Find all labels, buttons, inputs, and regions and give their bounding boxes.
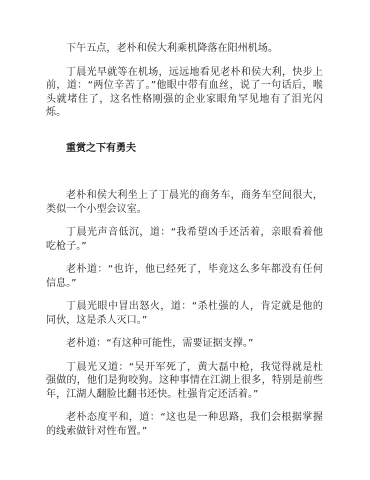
document-page: 下午五点，老朴和侯大利乘机降落在阳州机场。 丁晨光早就等在机场，远远地看见老朴和… [46, 42, 323, 448]
paragraph: 下午五点，老朴和侯大利乘机降落在阳州机场。 [46, 42, 323, 56]
paragraph: 老朴道：“也许，他已经死了，毕竟这么多年都没有任何信息。” [46, 263, 323, 290]
section-heading: 重赏之下有勇夫 [46, 142, 323, 156]
paragraph: 老朴态度平和，道：“这也是一种思路，我们会根据掌握的线索做针对性布置。” [46, 411, 323, 438]
paragraph: 丁晨光又道：“吴开军死了，黄大磊中枪，我觉得就是杜强做的，他们是狗咬狗。这种事情… [46, 361, 323, 402]
paragraph: 老朴道：“有这种可能性，需要证据支撑。” [46, 337, 323, 351]
paragraph: 丁晨光声音低沉，道：“我希望凶手还活着，亲眼看着他吃枪子。” [46, 226, 323, 253]
paragraph: 丁晨光早就等在机场，远远地看见老朴和侯大利，快步上前，道：“两位辛苦了。”他眼中… [46, 66, 323, 120]
paragraph: 丁晨光眼中冒出怒火，道：“杀杜强的人，肯定就是他的同伙，这是杀人灭口。” [46, 300, 323, 327]
paragraph: 老朴和侯大利坐上了丁晨光的商务车，商务车空间很大，类似一个小型会议室。 [46, 189, 323, 216]
spacer [46, 155, 323, 189]
